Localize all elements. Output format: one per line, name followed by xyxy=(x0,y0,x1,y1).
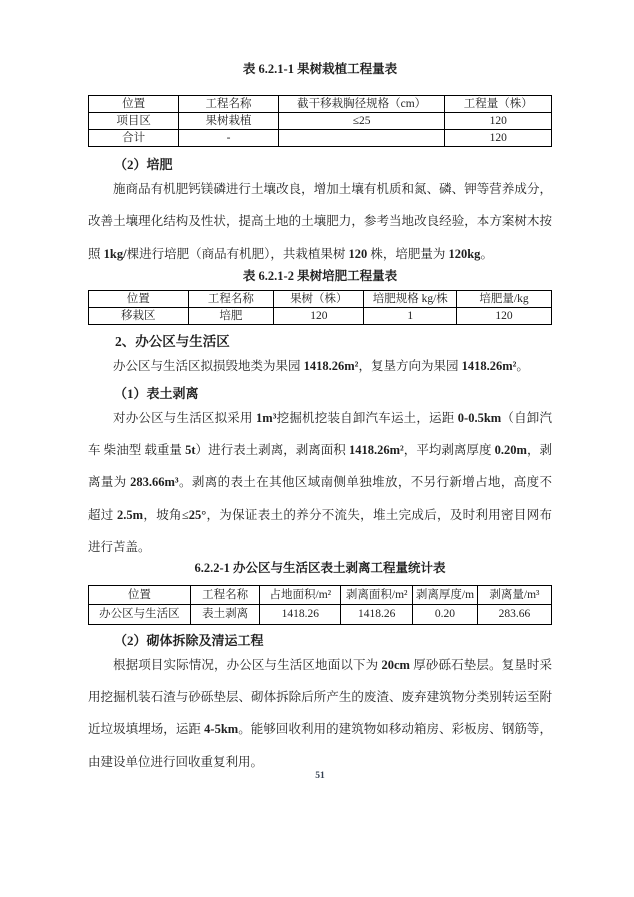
table-header-cell: 工程量（株） xyxy=(445,96,552,113)
document-page: 表 6.2.1-1 果树栽植工程量表 位置 工程名称 截干移栽胸径规格（cm） … xyxy=(0,0,634,897)
fruit-planting-table: 位置 工程名称 截干移栽胸径规格（cm） 工程量（株） 项目区 果树栽植 ≤25… xyxy=(88,95,552,147)
table-cell: ≤25 xyxy=(278,113,445,130)
table-row: 项目区 果树栽植 ≤25 120 xyxy=(89,113,552,130)
table-cell: 合计 xyxy=(89,130,179,147)
table-header-cell: 位置 xyxy=(89,585,191,605)
table-header-cell: 工程名称 xyxy=(188,291,274,308)
table-header-cell: 位置 xyxy=(89,96,179,113)
table-header-cell: 剥离量/m³ xyxy=(477,585,551,605)
fertilize-table: 位置 工程名称 果树（株） 培肥规格 kg/株 培肥量/kg 移栽区 培肥 12… xyxy=(88,290,552,325)
table-cell xyxy=(278,130,445,147)
table-cell: 283.66 xyxy=(477,605,551,625)
table-cell: 120 xyxy=(274,308,364,325)
table-header-row: 位置 工程名称 果树（株） 培肥规格 kg/株 培肥量/kg xyxy=(89,291,552,308)
table3-caption: 6.2.2-1 办公区与生活区表土剥离工程量统计表 xyxy=(88,560,552,576)
paragraph-topsoil: 对办公区与生活区拟采用 1m³挖掘机挖装自卸汽车运土，运距 0-0.5km（自卸… xyxy=(88,402,552,564)
table-cell: 0.20 xyxy=(413,605,478,625)
table-cell: 120 xyxy=(445,113,552,130)
section-heading-office-area: 2、办公区与生活区 xyxy=(88,333,552,350)
table-cell: 果树栽植 xyxy=(179,113,279,130)
table-cell: 移栽区 xyxy=(89,308,189,325)
table-cell: 1418.26 xyxy=(260,605,341,625)
paragraph-masonry: 根据项目实际情况，办公区与生活区地面以下为 20cm 厚砂砾石垫层。复垦时采用挖… xyxy=(88,649,552,779)
table-header-cell: 剥离厚度/m xyxy=(413,585,478,605)
table-header-cell: 剥离面积/m² xyxy=(341,585,413,605)
table-header-cell: 位置 xyxy=(89,291,189,308)
table-cell: 1 xyxy=(364,308,457,325)
table-header-cell: 工程名称 xyxy=(190,585,259,605)
table-cell: 1418.26 xyxy=(341,605,413,625)
table-header-cell: 果树（株） xyxy=(274,291,364,308)
table-cell: 120 xyxy=(445,130,552,147)
table-header-cell: 培肥规格 kg/株 xyxy=(364,291,457,308)
table-header-row: 位置 工程名称 占地面积/m² 剥离面积/m² 剥离厚度/m 剥离量/m³ xyxy=(89,585,552,605)
table-row: 办公区与生活区 表土剥离 1418.26 1418.26 0.20 283.66 xyxy=(89,605,552,625)
table1-caption: 表 6.2.1-1 果树栽植工程量表 xyxy=(88,61,552,77)
table-header-cell: 工程名称 xyxy=(179,96,279,113)
table-cell: 120 xyxy=(457,308,552,325)
table2-caption: 表 6.2.1-2 果树培肥工程量表 xyxy=(88,268,552,284)
page-content: 表 6.2.1-1 果树栽植工程量表 位置 工程名称 截干移栽胸径规格（cm） … xyxy=(0,0,634,781)
table-row: 移栽区 培肥 120 1 120 xyxy=(89,308,552,325)
table-cell: 表土剥离 xyxy=(190,605,259,625)
paragraph-peifei: 施商品有机肥钙镁磷进行土壤改良，增加土壤有机质和氮、磷、钾等营养成分，改善土壤理… xyxy=(88,173,552,270)
table-cell: 培肥 xyxy=(188,308,274,325)
table-row: 合计 - 120 xyxy=(89,130,552,147)
table-header-cell: 培肥量/kg xyxy=(457,291,552,308)
table-header-cell: 占地面积/m² xyxy=(260,585,341,605)
table-cell: 项目区 xyxy=(89,113,179,130)
subsection-heading-masonry: （2）砌体拆除及清运工程 xyxy=(88,632,552,649)
table-cell: - xyxy=(179,130,279,147)
subsection-heading-peifei: （2）培肥 xyxy=(88,156,552,173)
topsoil-stripping-table: 位置 工程名称 占地面积/m² 剥离面积/m² 剥离厚度/m 剥离量/m³ 办公… xyxy=(88,585,552,625)
paragraph-office-area: 办公区与生活区拟损毁地类为果园 1418.26m²，复垦方向为果园 1418.2… xyxy=(88,350,552,382)
table-header-cell: 截干移栽胸径规格（cm） xyxy=(278,96,445,113)
subsection-heading-topsoil: （1）表土剥离 xyxy=(88,385,552,402)
table-header-row: 位置 工程名称 截干移栽胸径规格（cm） 工程量（株） xyxy=(89,96,552,113)
table-cell: 办公区与生活区 xyxy=(89,605,191,625)
